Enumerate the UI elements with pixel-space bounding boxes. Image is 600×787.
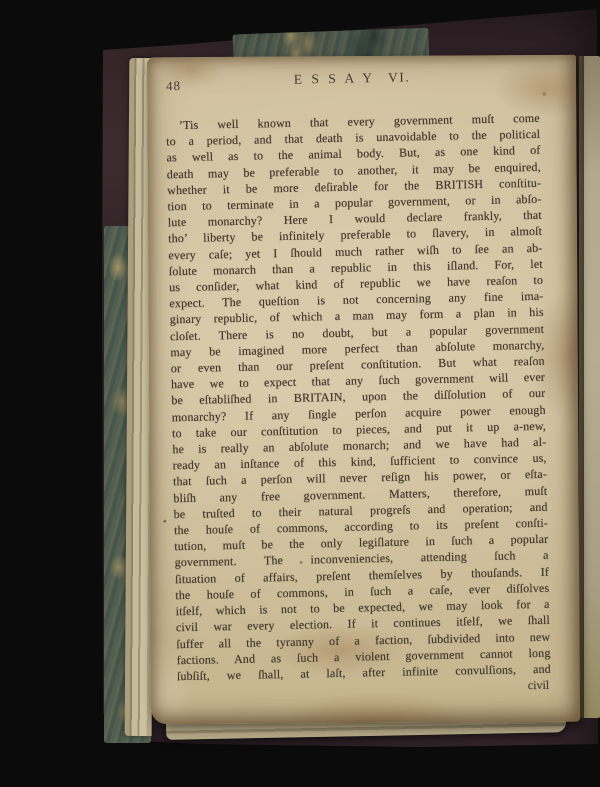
book-page: 48 E S S A YVI. ’Tis well known that eve… [147, 55, 580, 725]
running-title-word: E S S A Y [294, 70, 376, 87]
page-header: 48 E S S A YVI. [165, 63, 540, 101]
page-body-text: ’Tis well known that every government mu… [166, 110, 551, 685]
book-photograph: 48 E S S A YVI. ’Tis well known that eve… [0, 0, 600, 787]
page-content: 48 E S S A YVI. ’Tis well known that eve… [165, 63, 552, 700]
running-title: E S S A YVI. [165, 63, 539, 91]
page-number: 48 [166, 78, 181, 94]
running-title-numeral: VI. [388, 69, 410, 84]
